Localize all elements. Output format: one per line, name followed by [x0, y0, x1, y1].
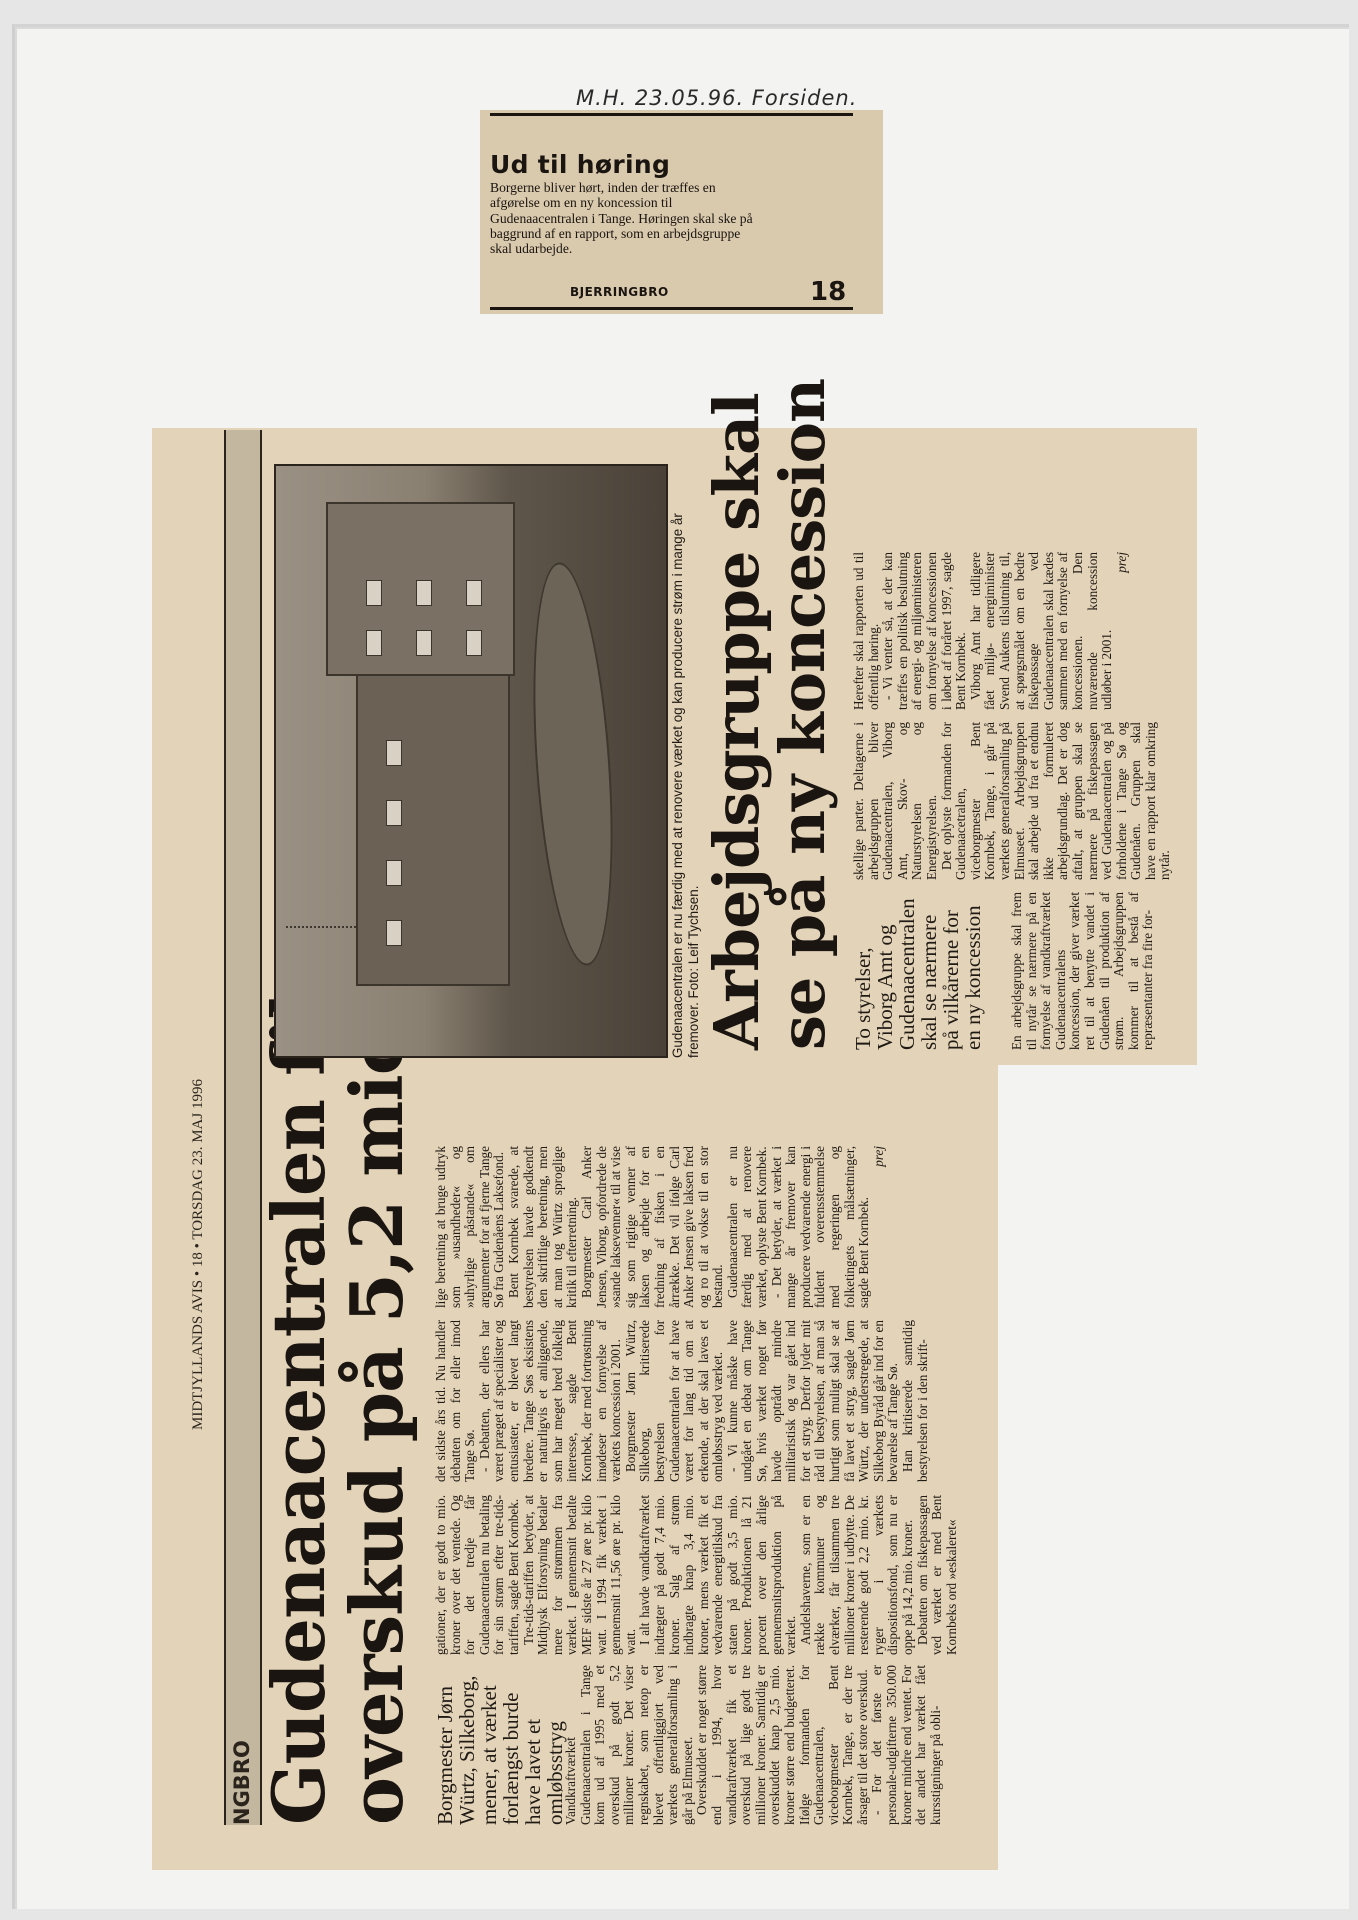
second-headline-line2: se på ny koncession: [770, 379, 836, 1050]
paragraph: - For det første er personale-udgifterne…: [870, 1665, 943, 1825]
paragraph: En arbejdsgruppe skal frem til nytår se …: [1010, 892, 1156, 1050]
byline-signature: prej: [872, 1146, 887, 1177]
main-column-4: lige beretning at bruge udtryk som »usan…: [434, 1146, 886, 1308]
byline-signature: prej: [1115, 552, 1130, 583]
main-column-1: Vandkraftværket Gudenaacentralen i Tange…: [564, 1665, 943, 1825]
paragraph: Gudenaacentralen er nu færdig med at ren…: [726, 1146, 770, 1308]
handwritten-note: M.H. 23.05.96. Forsiden.: [576, 86, 857, 110]
paragraph: Herefter skal rapporten ud til offentlig…: [852, 552, 881, 710]
section-tag: NGBRO: [230, 1740, 254, 1825]
second-column-1: En arbejdsgruppe skal frem til nytår se …: [1010, 892, 1156, 1050]
paragraph: Tre-tids-tariffen betyder, at Midtjysk E…: [522, 1495, 639, 1655]
teaser-body: Borgerne bliver hørt, inden der træffes …: [490, 180, 760, 256]
paragraph: - Vi venter så, at der kan træffes en po…: [881, 552, 969, 710]
bottom-rule: [490, 307, 853, 310]
paragraph: - Vi kunne måske have undgået en debat o…: [726, 1320, 901, 1482]
second-column-3: Herefter skal rapporten ud til offentlig…: [852, 552, 1129, 710]
second-headline: Arbejdsgruppe skal se på ny koncession: [704, 379, 836, 1050]
second-headline-line1: Arbejdsgruppe skal: [704, 379, 770, 1050]
main-column-3: det sidste års tid. Nu handler debatten …: [434, 1320, 930, 1482]
paragraph: skellige parter. Deltagerne i arbejdsgru…: [852, 722, 940, 880]
paragraph: Det oplyste formanden for Gudenaacetrale…: [940, 722, 1174, 880]
paragraph: Andelshaverne, som er en række kommuner …: [799, 1495, 916, 1655]
teaser-title: Ud til høring: [490, 150, 670, 179]
clipping-rotated-content: MIDTJYLLANDS AVIS • 18 • TORSDAG 23. MAJ…: [152, 428, 1197, 1870]
main-deck: Borgmester Jørn Würtz, Silkeborg, mener,…: [434, 1665, 566, 1825]
paragraph: Borgmester Jørn Würtz, Silkeborg, kritis…: [624, 1320, 726, 1482]
paragraph: Han kritiserede samtidig bestyrelsen for…: [901, 1320, 930, 1482]
teaser-section: BJERRINGBRO: [570, 285, 669, 299]
masthead-text: MIDTJYLLANDS AVIS • 18 • TORSDAG 23. MAJ…: [190, 1079, 207, 1430]
clipping-cutout: [998, 1065, 1197, 1870]
paragraph: Bent Kornbek svarede, at bestyrelsen hav…: [507, 1146, 580, 1308]
photo-caption: Gudenaacentralen er nu færdig med at ren…: [670, 468, 702, 1058]
power-station-photo: [274, 464, 668, 1058]
paragraph: Overskuddet er noget større end i 1994, …: [695, 1665, 870, 1825]
paragraph: Debatten om fiskepassagen ved værket er …: [916, 1495, 960, 1655]
front-page-teaser-clipping: Ud til høring Borgerne bliver hørt, inde…: [480, 110, 883, 314]
paragraph: lige beretning at bruge udtryk som »usan…: [434, 1146, 507, 1308]
teaser-page-number: 18: [810, 277, 846, 307]
paragraph: - Det betyder, at værket i mange år frem…: [770, 1146, 872, 1308]
main-column-2: gationer, der er godt to mio. kroner ove…: [434, 1495, 959, 1655]
paragraph: gationer, der er godt to mio. kroner ove…: [434, 1495, 522, 1655]
second-column-2: skellige parter. Deltagerne i arbejdsgru…: [852, 722, 1173, 880]
second-deck: To styrelser, Viborg Amt og Gudenaacentr…: [852, 895, 984, 1050]
fish-sculpture: [522, 560, 624, 968]
paragraph: I alt havde vandkraftværket indtægter på…: [638, 1495, 799, 1655]
top-rule: [490, 113, 853, 116]
paragraph: Viborg Amt har tidligere fået miljø- ene…: [969, 552, 1115, 710]
newspaper-clipping: MIDTJYLLANDS AVIS • 18 • TORSDAG 23. MAJ…: [152, 428, 1197, 1870]
paragraph: Vandkraftværket Gudenaacentralen i Tange…: [564, 1665, 695, 1825]
paragraph: det sidste års tid. Nu handler debatten …: [434, 1320, 478, 1482]
paragraph: Borgmester Carl Anker Jensen, Viborg, op…: [580, 1146, 726, 1308]
paragraph: - Debatten, der ellers har været præget …: [478, 1320, 624, 1482]
masthead: MIDTJYLLANDS AVIS • 18 • TORSDAG 23. MAJ…: [182, 428, 222, 1870]
